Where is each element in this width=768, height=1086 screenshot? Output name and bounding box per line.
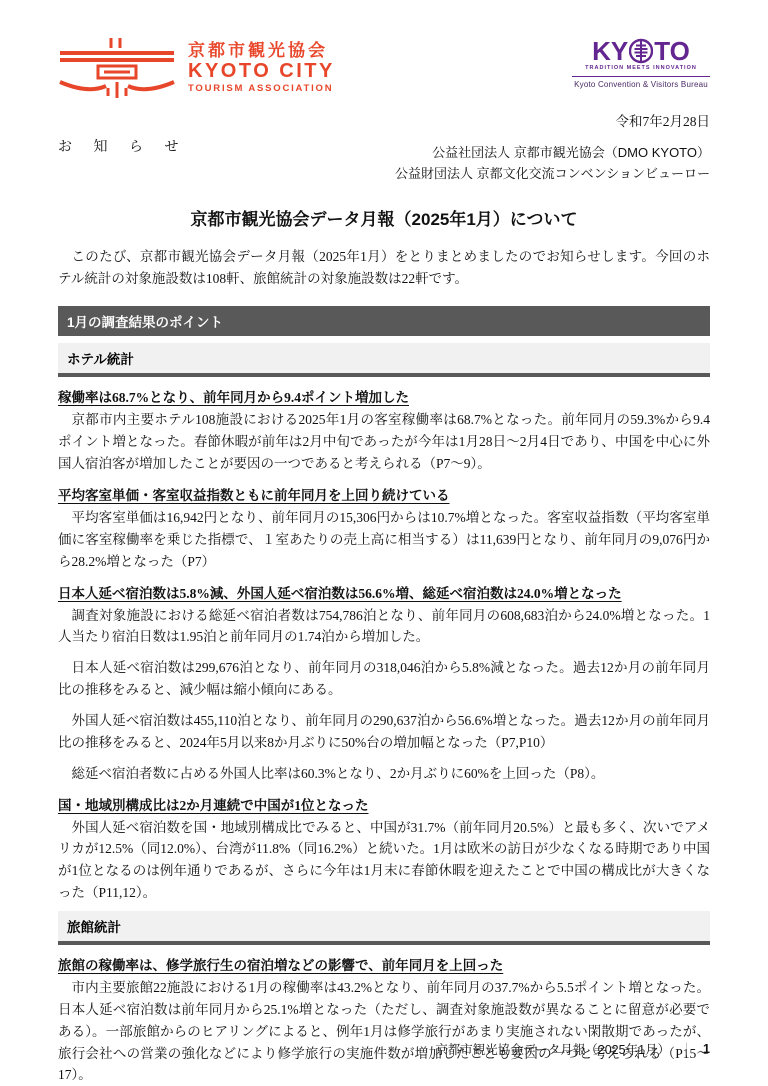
kyo-character-logo-icon bbox=[58, 36, 176, 100]
block-heading: 稼働率は68.7%となり、前年同月から9.4ポイント増加した bbox=[58, 386, 710, 406]
block-heading: 日本人延べ宿泊数は5.8%減、外国人延べ宿泊数は56.6%増、総延べ宿泊数は24… bbox=[58, 582, 710, 602]
kyoto-city-tourism-association-logo: 京都市観光協会 KYOTO CITY TOURISM ASSOCIATION bbox=[58, 36, 335, 100]
block-heading: 国・地域別構成比は2か月連続で中国が1位となった bbox=[58, 794, 710, 814]
hotel-block-adr-revpar: 平均客室単価・客室収益指数ともに前年同月を上回り続けている 平均客室単価は16,… bbox=[58, 484, 710, 573]
block-paragraph: 京都市内主要ホテル108施設における2025年1月の客室稼働率は68.7%となっ… bbox=[58, 409, 710, 475]
kyoto-word-left: KY bbox=[592, 38, 628, 64]
footer-page-number: 1 bbox=[703, 1042, 710, 1056]
kyoto-bureau-caption: Kyoto Convention & Visitors Bureau bbox=[572, 80, 710, 89]
page-title: 京都市観光協会データ月報（2025年1月）について bbox=[58, 205, 710, 230]
page-footer: 京都市観光協会データ月報（2025年1月） ｜ 1 bbox=[435, 1039, 710, 1058]
org-line-2: 公益財団法人 京都文化交流コンベンションビューロー bbox=[58, 163, 710, 184]
intro-paragraph: このたび、京都市観光協会データ月報（2025年1月）をとりまとめましたのでお知ら… bbox=[58, 246, 710, 291]
block-paragraph: 平均客室単価は16,942円となり、前年同月の15,306円からは10.7%増と… bbox=[58, 507, 710, 573]
kyoto-word-right: TO bbox=[654, 38, 690, 64]
block-heading: 平均客室単価・客室収益指数ともに前年同月を上回り続けている bbox=[58, 484, 710, 504]
logo-en-line2: TOURISM ASSOCIATION bbox=[188, 84, 335, 94]
hotel-block-guest-nights: 日本人延べ宿泊数は5.8%減、外国人延べ宿泊数は56.6%増、総延べ宿泊数は24… bbox=[58, 582, 710, 785]
block-paragraph: 総延べ宿泊者数に占める外国人比率は60.3%となり、2か月ぶりに60%を上回った… bbox=[58, 763, 710, 785]
block-paragraph: 調査対象施設における総延べ宿泊者数は754,786泊となり、前年同月の608,6… bbox=[58, 605, 710, 649]
logo-jp-text: 京都市観光協会 bbox=[188, 42, 335, 60]
section-header-points: 1月の調査結果のポイント bbox=[58, 306, 710, 336]
document-date: 令和7年2月28日 bbox=[58, 110, 710, 130]
kyoto-tagline: TRADITION MEETS INNOVATION bbox=[572, 65, 710, 71]
section-header-hotel: ホテル統計 bbox=[58, 343, 710, 377]
block-paragraph: 外国人延べ宿泊数を国・地域別構成比でみると、中国が31.7%（前年同月20.5%… bbox=[58, 817, 710, 904]
footer-title: 京都市観光協会データ月報（2025年1月） bbox=[435, 1040, 670, 1058]
kyoto-wordmark: KY TO bbox=[572, 38, 710, 64]
document-page: 京都市観光協会 KYOTO CITY TOURISM ASSOCIATION K… bbox=[0, 0, 768, 1086]
block-paragraph: 市内主要旅館22施設における1月の稼働率は43.2%となり、前年同月の37.7%… bbox=[58, 977, 710, 1086]
logo-wordmark: 京都市観光協会 KYOTO CITY TOURISM ASSOCIATION bbox=[188, 42, 335, 95]
kyoto-convention-bureau-logo: KY TO TRADITION MEETS INNOVATION Kyoto C… bbox=[572, 38, 710, 89]
hotel-block-occupancy: 稼働率は68.7%となり、前年同月から9.4ポイント増加した 京都市内主要ホテル… bbox=[58, 386, 710, 475]
pagoda-icon bbox=[629, 38, 653, 64]
block-heading: 旅館の稼働率は、修学旅行生の宿泊増などの影響で、前年同月を上回った bbox=[58, 954, 710, 974]
hotel-block-country-share: 国・地域別構成比は2か月連続で中国が1位となった 外国人延べ宿泊数を国・地域別構… bbox=[58, 794, 710, 904]
block-paragraph: 日本人延べ宿泊数は299,676泊となり、前年同月の318,046泊から5.8%… bbox=[58, 657, 710, 701]
kyoto-logo-rule bbox=[572, 76, 710, 77]
block-paragraph: 外国人延べ宿泊数は455,110泊となり、前年同月の290,637泊から56.6… bbox=[58, 710, 710, 754]
logo-en-line1: KYOTO CITY bbox=[188, 61, 335, 82]
footer-separator: ｜ bbox=[680, 1039, 693, 1058]
section-header-ryokan: 旅館統計 bbox=[58, 911, 710, 945]
ryokan-block-occupancy: 旅館の稼働率は、修学旅行生の宿泊増などの影響で、前年同月を上回った 市内主要旅館… bbox=[58, 954, 710, 1086]
header: 京都市観光協会 KYOTO CITY TOURISM ASSOCIATION K… bbox=[58, 36, 710, 100]
